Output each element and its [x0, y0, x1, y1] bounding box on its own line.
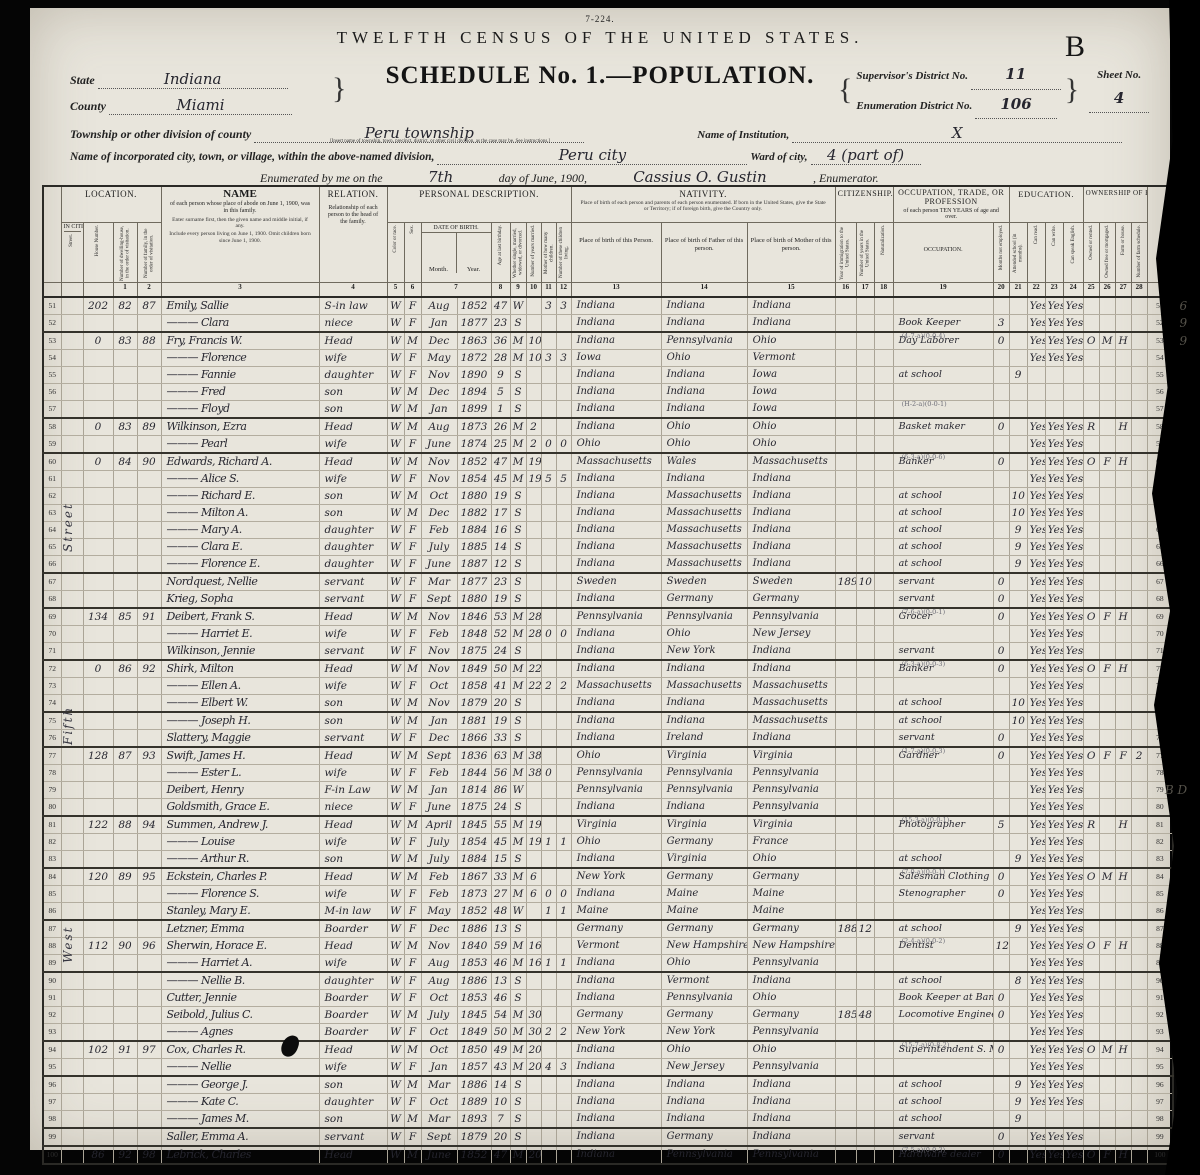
cell-relation: Head [319, 418, 387, 436]
table-row: 100869298Lebrick, CharlesHeadWMJune18524… [43, 1146, 1173, 1164]
cell-pob-person: Iowa [571, 350, 661, 367]
cell-age: 26 [491, 418, 510, 436]
cell-family-number: 98 [137, 1146, 161, 1164]
col-header-location: LOCATION. [61, 186, 161, 223]
cell-farm-schedule [1131, 1111, 1147, 1129]
cell-farm-house [1115, 782, 1131, 799]
cell-color: W [387, 1024, 404, 1042]
cell-pob-person: Massachusetts [571, 453, 661, 471]
cell-pob-person: Indiana [571, 488, 661, 505]
margin-mark: 6 [1180, 298, 1188, 314]
cell-owned-rented [1083, 1094, 1099, 1111]
cell-birth-year: 1889 [457, 1094, 491, 1111]
cell-pob-mother: Ohio [747, 990, 835, 1007]
cell-pob-person: Indiana [571, 315, 661, 333]
cell-relation: Head [319, 453, 387, 471]
cell-farm-schedule [1131, 1024, 1147, 1042]
table-row: 90——— Nellie B.daughterWFAug188613SIndia… [43, 972, 1173, 990]
city-field: Name of incorporated city, town, or vill… [70, 146, 921, 165]
row-number-left: 71 [43, 643, 61, 661]
cell-years-married: 20 [526, 1146, 541, 1164]
cell-owned-free [1099, 505, 1115, 522]
cell-attended-school [1009, 436, 1027, 454]
cell-pob-mother: Maine [747, 886, 835, 903]
cell-owned-rented [1083, 350, 1099, 367]
cell-name: ——— Pearl [161, 436, 319, 454]
cell-birth-year: 1850 [457, 1041, 491, 1059]
cell-birth-year: 1873 [457, 886, 491, 903]
cell-pob-father: Indiana [661, 367, 747, 384]
cell-marital: M [510, 660, 526, 678]
cell-farm-house: H [1115, 453, 1131, 471]
cell-color: W [387, 350, 404, 367]
row-number-right: 83 [1147, 851, 1173, 869]
cell-can-write: Yes [1045, 660, 1063, 678]
cell-farm-house [1115, 972, 1131, 990]
cell-children-living [556, 367, 571, 384]
cell-color: W [387, 418, 404, 436]
cell-color: W [387, 834, 404, 851]
cell-years-married [526, 539, 541, 556]
cell-mother-of [541, 712, 556, 730]
cell-dwelling-number [113, 1024, 137, 1042]
cell-age: 16 [491, 522, 510, 539]
cell-street [61, 1111, 83, 1129]
table-row: 83——— Arthur R.sonWMJuly188415SIndianaVi… [43, 851, 1173, 869]
cell-house-number [83, 782, 113, 799]
cell-birth-year: 1858 [457, 678, 491, 695]
cell-pob-father: Indiana [661, 384, 747, 401]
cell-months-not-employed [993, 626, 1009, 643]
cell-attended-school [1009, 401, 1027, 419]
cell-attended-school: 9 [1009, 522, 1027, 539]
cell-pob-person: Indiana [571, 660, 661, 678]
cell-immigration-year [835, 1059, 856, 1077]
cell-pob-mother: Germany [747, 868, 835, 886]
cell-family-number [137, 1007, 161, 1024]
cell-children-living [556, 522, 571, 539]
cell-farm-schedule [1131, 505, 1147, 522]
cell-farm-house [1115, 643, 1131, 661]
township-note: [Insert name of township, town, precinct… [330, 139, 550, 144]
cell-months-not-employed [993, 522, 1009, 539]
cell-family-number [137, 712, 161, 730]
cell-occupation [893, 765, 993, 782]
cell-immigration-year [835, 315, 856, 333]
cell-birth-year: 1846 [457, 608, 491, 626]
cell-marital: S [510, 695, 526, 713]
ward-label: Ward of city, [750, 151, 807, 163]
cell-can-read: Yes [1027, 834, 1045, 851]
cell-color: W [387, 660, 404, 678]
cell-can-read: Yes [1027, 816, 1045, 834]
cell-occupation: at school [893, 1094, 993, 1111]
cell-owned-rented [1083, 573, 1099, 591]
cell-street [61, 1146, 83, 1164]
cell-can-read: Yes [1027, 868, 1045, 886]
cell-years-married: 28 [526, 626, 541, 643]
cell-immigration-year [835, 436, 856, 454]
cell-relation: Head [319, 747, 387, 765]
dob-title: DATE OF BIRTH. [422, 223, 491, 233]
cell-years-in-us [856, 851, 874, 869]
cell-street [61, 350, 83, 367]
cell-can-write: Yes [1045, 453, 1063, 471]
col-header-age: Age at last birthday. [491, 223, 510, 283]
cell-occupation: Locomotive Engineer [893, 1007, 993, 1024]
cell-months-not-employed [993, 401, 1009, 419]
cell-years-married: 19 [526, 471, 541, 488]
cell-color: W [387, 1059, 404, 1077]
cell-relation: wife [319, 834, 387, 851]
cell-pob-father: Virginia [661, 747, 747, 765]
cell-occupation: at school [893, 488, 993, 505]
cell-years-married [526, 1111, 541, 1129]
col-header-mother-of: Mother of how many children. [541, 223, 556, 283]
cell-marital: M [510, 418, 526, 436]
cell-occupation: at school [893, 367, 993, 384]
cell-relation: Head [319, 660, 387, 678]
cell-birth-month: Nov [421, 660, 457, 678]
cell-family-number [137, 1059, 161, 1077]
street-name-overlay: West [61, 907, 79, 982]
cell-immigration-year [835, 384, 856, 401]
cell-name: ——— Fannie [161, 367, 319, 384]
cell-occupation: servant [893, 730, 993, 748]
cell-sex: F [404, 903, 421, 921]
cell-can-speak-english: Yes [1063, 556, 1083, 574]
cell-months-not-employed: 0 [993, 990, 1009, 1007]
cell-age: 19 [491, 591, 510, 609]
cell-color: W [387, 1076, 404, 1094]
row-number-left: 100 [43, 1146, 61, 1164]
cell-farm-house: H [1115, 938, 1131, 955]
cell-relation: wife [319, 626, 387, 643]
cell-birth-year: 1886 [457, 920, 491, 938]
cell-birth-month: July [421, 539, 457, 556]
cell-farm-house [1115, 522, 1131, 539]
cell-can-speak-english: Yes [1063, 747, 1083, 765]
cell-pob-mother: Massachusetts [747, 712, 835, 730]
cell-can-read: Yes [1027, 453, 1045, 471]
cell-dwelling-number [113, 920, 137, 938]
cell-occupation: (1-7-a)(0-0-3)Gardner [893, 747, 993, 765]
cell-street [61, 626, 83, 643]
cell-months-not-employed [993, 920, 1009, 938]
cell-mother-of [541, 488, 556, 505]
cell-age: 24 [491, 643, 510, 661]
cell-house-number [83, 1076, 113, 1094]
cell-attended-school [1009, 350, 1027, 367]
cell-years-in-us [856, 626, 874, 643]
cell-age: 36 [491, 332, 510, 350]
cell-street [61, 1076, 83, 1094]
cell-relation: wife [319, 765, 387, 782]
cell-birth-month: Feb [421, 868, 457, 886]
cell-pob-mother: Massachusetts [747, 695, 835, 713]
cell-farm-schedule [1131, 401, 1147, 419]
cell-can-speak-english [1063, 384, 1083, 401]
cell-farm-house [1115, 591, 1131, 609]
table-row: 841208995Eckstein, Charles P.HeadWMFeb18… [43, 868, 1173, 886]
cell-dwelling-number: 84 [113, 453, 137, 471]
cell-children-living [556, 747, 571, 765]
cell-mother-of [541, 972, 556, 990]
cell-years-in-us [856, 695, 874, 713]
cell-farm-schedule [1131, 886, 1147, 903]
cell-months-not-employed: 0 [993, 868, 1009, 886]
cell-sex: M [404, 1146, 421, 1164]
cell-attended-school [1009, 868, 1027, 886]
cell-years-in-us [856, 453, 874, 471]
cell-pob-father: Ireland [661, 730, 747, 748]
cell-can-write: Yes [1045, 505, 1063, 522]
col-header-street: IN CITIES. Street. [61, 223, 83, 283]
cell-can-write: Yes [1045, 1024, 1063, 1042]
cell-attended-school [1009, 608, 1027, 626]
table-row: 691348591Deibert, Frank S.HeadWMNov18465… [43, 608, 1173, 626]
cell-can-write: Yes [1045, 315, 1063, 333]
cell-name: ——— Ester L. [161, 765, 319, 782]
cell-marital: M [510, 765, 526, 782]
col-header-months-not-employed: Months not employed. [993, 223, 1009, 283]
cell-mother-of [541, 556, 556, 574]
cell-farm-house [1115, 955, 1131, 973]
months-not-employed-label: Months not employed. [999, 225, 1004, 270]
cell-owned-free: F [1099, 660, 1115, 678]
cell-pob-mother: Germany [747, 591, 835, 609]
cell-family-number [137, 556, 161, 574]
cell-name: Letzner, Emma [161, 920, 319, 938]
cell-age: 50 [491, 1024, 510, 1042]
cell-can-read: Yes [1027, 903, 1045, 921]
col-header-sex: Sex. [404, 223, 421, 283]
cell-naturalization [874, 626, 893, 643]
cell-marital: M [510, 1146, 526, 1164]
cell-color: W [387, 367, 404, 384]
cell-age: 7 [491, 1111, 510, 1129]
cell-years-in-us [856, 505, 874, 522]
cell-sex: F [404, 350, 421, 367]
cell-owned-free: F [1099, 608, 1115, 626]
cell-house-number: 122 [83, 816, 113, 834]
cell-naturalization [874, 903, 893, 921]
cell-birth-month: May [421, 350, 457, 367]
cell-name: Krieg, Sopha [161, 591, 319, 609]
cell-years-married: 6 [526, 886, 541, 903]
cell-owned-free [1099, 782, 1115, 799]
row-number-left: 59 [43, 436, 61, 454]
table-row: 811228894Summen, Andrew J.HeadWMApril184… [43, 816, 1173, 834]
cell-can-speak-english: Yes [1063, 1007, 1083, 1024]
cell-color: W [387, 886, 404, 903]
cell-sex: M [404, 1007, 421, 1024]
cell-house-number [83, 643, 113, 661]
cell-birth-month: Oct [421, 488, 457, 505]
cell-color: W [387, 1111, 404, 1129]
cell-pob-father: Germany [661, 591, 747, 609]
cell-pob-father: Germany [661, 920, 747, 938]
row-number-left: 61 [43, 471, 61, 488]
enumeration-value: 106 [975, 90, 1057, 120]
cell-sex: F [404, 297, 421, 315]
nativity-desc: Place of birth of each person and parent… [580, 200, 827, 213]
cell-can-write: Yes [1045, 608, 1063, 626]
cell-owned-free: F [1099, 747, 1115, 765]
cell-pob-mother: Ohio [747, 436, 835, 454]
cell-pob-mother: Indiana [747, 556, 835, 574]
cell-years-married [526, 1094, 541, 1111]
cell-mother-of: 4 [541, 1059, 556, 1077]
cell-birth-year: 1880 [457, 591, 491, 609]
cell-mother-of [541, 367, 556, 384]
cell-name: Summen, Andrew J. [161, 816, 319, 834]
cell-can-speak-english: Yes [1063, 1146, 1083, 1164]
cell-pob-mother: Indiana [747, 522, 835, 539]
cell-owned-rented [1083, 712, 1099, 730]
cell-dwelling-number [113, 436, 137, 454]
cell-dwelling-number [113, 1111, 137, 1129]
cell-pob-father: Indiana [661, 401, 747, 419]
cell-can-read: Yes [1027, 799, 1045, 817]
cell-children-living [556, 591, 571, 609]
cell-birth-month: July [421, 834, 457, 851]
cell-mother-of [541, 990, 556, 1007]
attended-school-label: Attended school (in months). [1013, 225, 1024, 281]
cell-can-read: Yes [1027, 1007, 1045, 1024]
row-number-left: 91 [43, 990, 61, 1007]
name-note1: Enter surname first, then the given name… [168, 217, 313, 230]
cell-can-speak-english: Yes [1063, 436, 1083, 454]
cell-years-in-us [856, 782, 874, 799]
cell-farm-schedule [1131, 851, 1147, 869]
cell-pob-mother: Massachusetts [747, 453, 835, 471]
row-number-left: 53 [43, 332, 61, 350]
cell-can-write: Yes [1045, 332, 1063, 350]
col-header-can-read: Can read. [1027, 223, 1045, 283]
row-number-left: 67 [43, 573, 61, 591]
table-row: 91Cutter, JennieBoarderWFOct185346SIndia… [43, 990, 1173, 1007]
cell-attended-school [1009, 990, 1027, 1007]
cell-can-write: Yes [1045, 1041, 1063, 1059]
cell-pob-person: New York [571, 1024, 661, 1042]
mother-of-label: Mother of how many children. [544, 225, 555, 281]
cell-can-read: Yes [1027, 1041, 1045, 1059]
cell-marital: M [510, 350, 526, 367]
cell-pob-father: Indiana [661, 315, 747, 333]
cell-owned-rented [1083, 626, 1099, 643]
cell-street [61, 418, 83, 436]
cell-house-number [83, 367, 113, 384]
years-in-us-label: Number of years in the United States. [860, 225, 871, 281]
cell-birth-month: Oct [421, 1024, 457, 1042]
cell-children-living: 1 [556, 903, 571, 921]
cell-farm-house [1115, 471, 1131, 488]
cell-sex: M [404, 332, 421, 350]
cell-naturalization [874, 1128, 893, 1146]
cell-family-number [137, 539, 161, 556]
cell-owned-rented [1083, 471, 1099, 488]
cell-birth-month: Sept [421, 591, 457, 609]
cell-years-in-us [856, 765, 874, 782]
cell-can-write: Yes [1045, 626, 1063, 643]
cell-pob-mother: New Jersey [747, 626, 835, 643]
cell-marital: M [510, 886, 526, 903]
cell-name: ——— Alice S. [161, 471, 319, 488]
cell-can-read: Yes [1027, 660, 1045, 678]
cell-can-write: Yes [1045, 522, 1063, 539]
cell-naturalization [874, 955, 893, 973]
cell-birth-year: 1848 [457, 626, 491, 643]
cell-family-number [137, 384, 161, 401]
cell-name: Eckstein, Charles P. [161, 868, 319, 886]
cell-marital: M [510, 1059, 526, 1077]
cell-sex: F [404, 920, 421, 938]
cell-pob-person: Indiana [571, 505, 661, 522]
cell-can-speak-english: Yes [1063, 1076, 1083, 1094]
cell-sex: M [404, 1076, 421, 1094]
row-number-left: 89 [43, 955, 61, 973]
cell-owned-free [1099, 765, 1115, 782]
cell-attended-school [1009, 747, 1027, 765]
cell-family-number [137, 903, 161, 921]
table-row: 98——— James M.sonWMMar18937SIndianaIndia… [43, 1111, 1173, 1129]
cell-birth-month: Aug [421, 418, 457, 436]
cell-marital: S [510, 367, 526, 384]
cell-can-speak-english: Yes [1063, 297, 1083, 315]
cell-children-living: 2 [556, 1024, 571, 1042]
cell-years-married [526, 990, 541, 1007]
cell-owned-rented: O [1083, 453, 1099, 471]
cell-dwelling-number: 88 [113, 816, 137, 834]
cell-birth-year: 1873 [457, 418, 491, 436]
cell-owned-rented [1083, 522, 1099, 539]
cell-years-in-us [856, 1111, 874, 1129]
cell-birth-month: Jan [421, 712, 457, 730]
cell-attended-school [1009, 1007, 1027, 1024]
cell-pob-father: Pennsylvania [661, 608, 747, 626]
enumerated-rest: day of June, 1900, [499, 171, 587, 185]
cell-sex: F [404, 591, 421, 609]
cell-owned-free [1099, 591, 1115, 609]
cell-occupation: (15-7-a)(0-8-2)Superintendent S. Mill [893, 1041, 993, 1059]
cell-children-living [556, 573, 571, 591]
cell-family-number [137, 920, 161, 938]
cell-owned-free: F [1099, 1146, 1115, 1164]
cell-can-write: Yes [1045, 591, 1063, 609]
cell-owned-free [1099, 436, 1115, 454]
cell-owned-rented: O [1083, 938, 1099, 955]
cell-age: 45 [491, 834, 510, 851]
cell-relation: servant [319, 573, 387, 591]
cell-farm-schedule [1131, 591, 1147, 609]
cell-owned-free [1099, 730, 1115, 748]
cell-occupation: servant [893, 1128, 993, 1146]
cell-children-living [556, 938, 571, 955]
cell-can-speak-english: Yes [1063, 453, 1083, 471]
cell-pob-father: Pennsylvania [661, 765, 747, 782]
cell-pob-mother: Ohio [747, 418, 835, 436]
cell-name: Swift, James H. [161, 747, 319, 765]
cell-can-speak-english: Yes [1063, 488, 1083, 505]
cell-immigration-year [835, 418, 856, 436]
cell-naturalization [874, 1146, 893, 1164]
cell-occupation: (6-3-a)(0-0-3)Banker [893, 660, 993, 678]
cell-owned-rented [1083, 643, 1099, 661]
cell-can-write: Yes [1045, 920, 1063, 938]
cell-can-write: Yes [1045, 436, 1063, 454]
cell-attended-school [1009, 1128, 1027, 1146]
